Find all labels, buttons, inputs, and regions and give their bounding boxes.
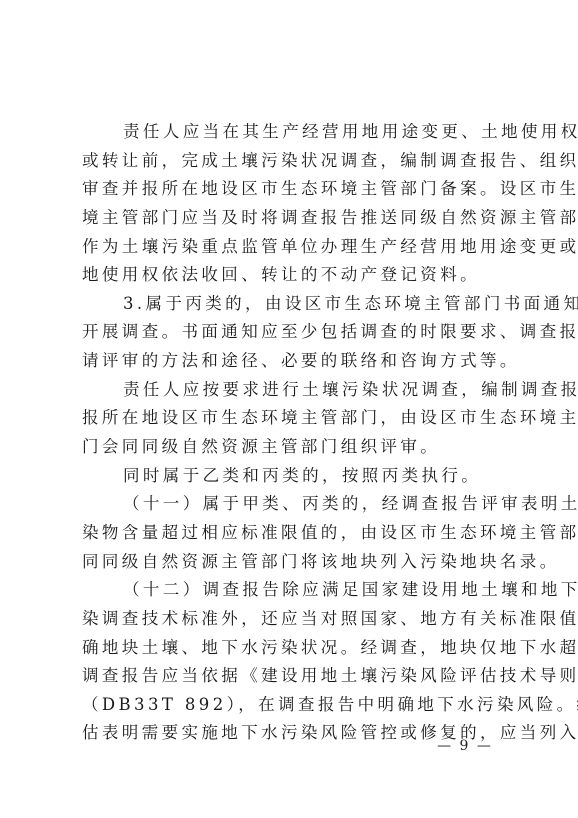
text-line: 染物含量超过相应标准限值的，由设区市生态环境主管部门会 <box>82 519 502 548</box>
text-line: 地使用权依法收回、转让的不动产登记资料。 <box>82 261 502 290</box>
text-line: 3.属于丙类的，由设区市生态环境主管部门书面通知责任人 <box>82 290 502 319</box>
text-line: 请评审的方法和途径、必要的联络和咨询方式等。 <box>82 347 502 376</box>
text-line: （十二）调查报告除应满足国家建设用地土壤和地下水污 <box>82 576 502 605</box>
body-text: 责任人应当在其生产经营用地用途变更、土地使用权收回 或转让前，完成土壤污染状况调… <box>82 118 502 748</box>
text-line: 报所在地设区市生态环境主管部门，由设区市生态环境主管部 <box>82 404 502 433</box>
text-line: （DB33T 892），在调查报告中明确地下水污染风险。经风险评 <box>82 691 502 720</box>
text-line: 作为土壤污染重点监管单位办理生产经营用地用途变更或者土 <box>82 233 502 262</box>
text-line: 境主管部门应当及时将调查报告推送同级自然资源主管部门， <box>82 204 502 233</box>
text-line: 调查报告应当依据《建设用地土壤污染风险评估技术导则》 <box>82 662 502 691</box>
text-line: 责任人应按要求进行土壤污染状况调查，编制调查报告并 <box>82 376 502 405</box>
text-line: 同同级自然资源主管部门将该地块列入污染地块名录。 <box>82 548 502 577</box>
text-line: 或转让前，完成土壤污染状况调查，编制调查报告、组织专家 <box>82 147 502 176</box>
text-line: 审查并报所在地设区市生态环境主管部门备案。设区市生态环 <box>82 175 502 204</box>
text-line: 门会同同级自然资源主管部门组织评审。 <box>82 433 502 462</box>
text-line: 同时属于乙类和丙类的，按照丙类执行。 <box>82 462 502 491</box>
text-line: （十一）属于甲类、丙类的，经调查报告评审表明土壤污 <box>82 490 502 519</box>
document-page: 责任人应当在其生产经营用地用途变更、土地使用权收回 或转让前，完成土壤污染状况调… <box>0 0 578 818</box>
text-line: 染调查技术标准外，还应当对照国家、地方有关标准限值，明 <box>82 605 502 634</box>
text-line: 确地块土壤、地下水污染状况。经调查，地块仅地下水超标的， <box>82 634 502 663</box>
text-line: 责任人应当在其生产经营用地用途变更、土地使用权收回 <box>82 118 502 147</box>
text-line: 开展调查。书面通知应至少包括调查的时限要求、调查报告申 <box>82 318 502 347</box>
page-number: — 9 — <box>430 738 500 754</box>
